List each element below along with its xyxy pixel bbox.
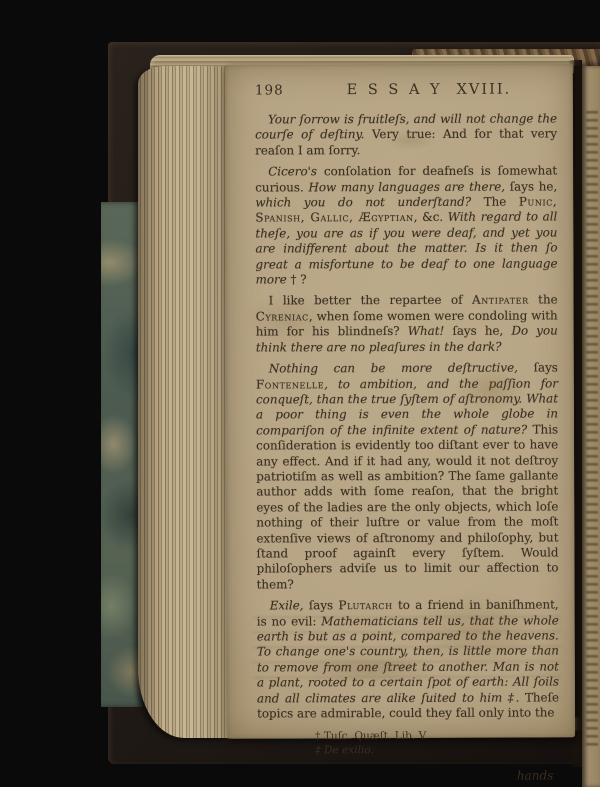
text-segment: which you do not underſtand?: [255, 195, 483, 210]
running-head: E S S A YXVIII.: [301, 81, 557, 98]
catchword: hands: [257, 769, 553, 784]
text-segment: † ?: [290, 272, 306, 286]
facing-page-blurred-text: [586, 111, 598, 747]
text-segment: How many languages are there,: [308, 179, 509, 194]
text-segment: The: [484, 195, 519, 209]
book-photo: 198 E S S A YXVIII. Your ſorrow is fruit…: [0, 0, 600, 787]
text-segment: What!: [408, 324, 453, 338]
footnote-1: † Tuſc. Quæſt. Lib. V.: [315, 730, 559, 744]
page-stain: [375, 128, 445, 154]
running-head-numeral: XVIII.: [457, 82, 512, 98]
text-segment: the: [529, 293, 558, 307]
text-segment: ſays he,: [452, 324, 511, 338]
text-segment: Exile,: [270, 599, 309, 613]
facing-page-sliver: [582, 66, 600, 787]
page-header: 198 E S S A YXVIII.: [255, 81, 557, 98]
text-segment: Cyreniac: [256, 309, 309, 323]
page-number: 198: [255, 82, 301, 98]
footnote-2: ‡ De exilio.: [315, 743, 559, 757]
text-segment: This conſideration is evidently too diſt…: [256, 422, 558, 591]
paragraph-2: Cicero's conſolation for deafneſs is ſom…: [255, 164, 557, 288]
paragraph-3: I like better the repartee of Antipater …: [256, 293, 558, 356]
page-edges-left: [138, 66, 228, 738]
text-segment: ſays he,: [510, 179, 558, 193]
book-page: 198 E S S A YXVIII. Your ſorrow is fruit…: [225, 63, 575, 738]
page-stain: [442, 360, 538, 420]
running-head-word: E S S A Y: [347, 82, 443, 98]
footnotes: † Tuſc. Quæſt. Lib. V. ‡ De exilio.: [315, 730, 559, 758]
text-segment: Cicero's: [268, 164, 324, 178]
text-segment: Plutarch: [338, 598, 392, 612]
text-segment: ſays: [309, 598, 339, 612]
text-segment: Antipater: [472, 293, 529, 307]
marbled-endpaper-edge: [101, 202, 143, 707]
text-segment: I like better the repartee of: [269, 293, 472, 308]
text-segment: , &c.: [414, 210, 448, 224]
text-segment: Fontenelle: [256, 377, 324, 391]
text-segment: ſays: [534, 361, 558, 375]
